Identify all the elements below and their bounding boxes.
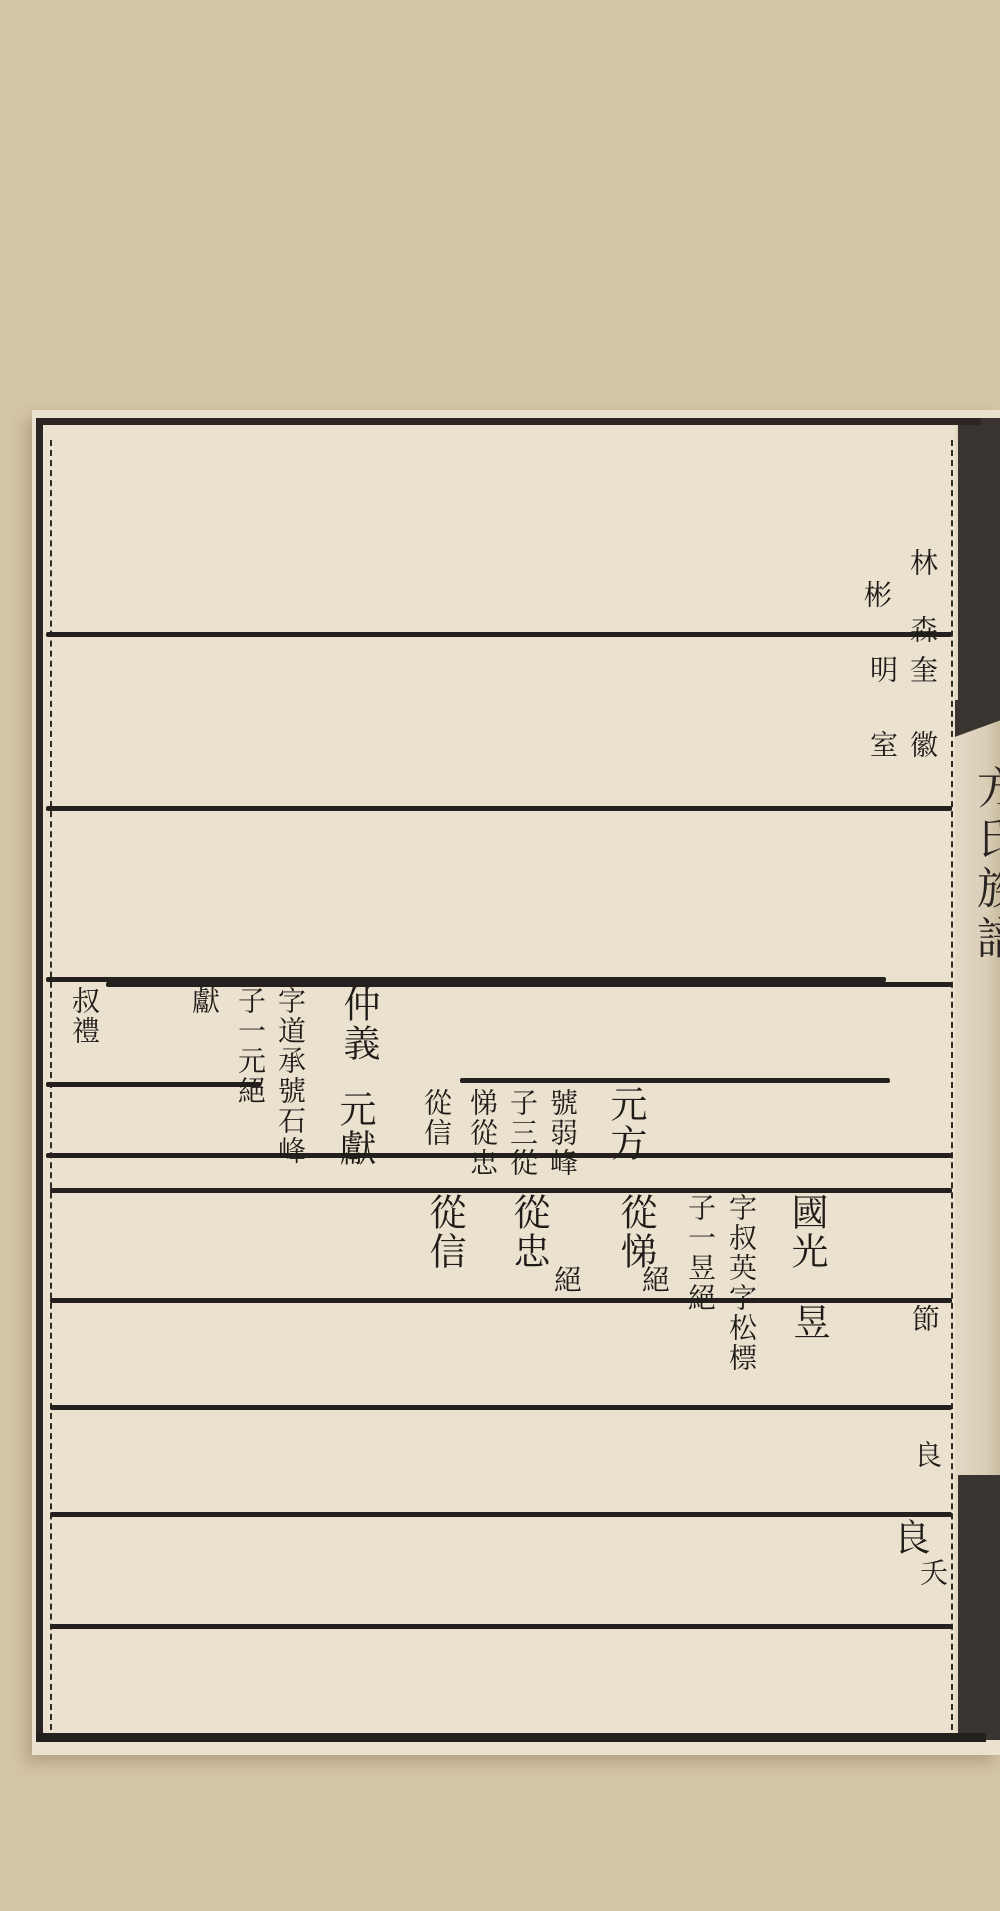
- bottom-border: [36, 1733, 986, 1742]
- generation-rule: [46, 1153, 952, 1158]
- entry-guoguang-note-1: 字叔英字松標: [727, 1193, 755, 1373]
- entry-yuanfang-note-3: 悌從忠: [468, 1088, 496, 1178]
- entry-congti-note: 絕: [640, 1265, 668, 1295]
- generation-rule: [46, 632, 952, 637]
- entry-congzhong: 從忠: [510, 1193, 547, 1271]
- entry-yu: 昱: [790, 1303, 827, 1342]
- entry-yao: 夭: [918, 1558, 946, 1588]
- entry-shi: 室: [868, 730, 896, 760]
- entry-lin: 林: [908, 548, 936, 578]
- generation-rule: [46, 806, 952, 811]
- entry-yuanfang-note-2: 子三從: [508, 1088, 536, 1178]
- entry-congzhong-note: 絕: [552, 1265, 580, 1295]
- generation-rule: [50, 1624, 952, 1629]
- entry-zhongyi: 仲義: [340, 985, 377, 1063]
- entry-guoguang-note-2: 子一昱絕: [686, 1193, 714, 1313]
- entry-yuanfang-note-1: 號弱峰: [548, 1088, 576, 1178]
- entry-yuanfang-note-4: 從信: [422, 1088, 450, 1148]
- entry-congti: 從悌: [617, 1193, 654, 1271]
- generation-rule: [106, 982, 952, 987]
- entry-yuanfang: 元方: [607, 1085, 644, 1163]
- entry-kui: 奎: [908, 655, 936, 685]
- entry-ming: 明: [868, 655, 896, 685]
- generation-rule: [460, 1078, 890, 1083]
- entry-shuli: 叔禮: [70, 986, 98, 1046]
- entry-sen: 森: [908, 615, 936, 645]
- entry-zhongyi-note: 字道承號石峰: [276, 986, 304, 1166]
- entry-liang-1: 良: [912, 1440, 940, 1470]
- entry-jie: 節: [910, 1304, 938, 1334]
- entry-hui: 徽: [908, 730, 936, 760]
- generation-rule: [50, 1405, 952, 1410]
- entry-bin: 彬: [862, 580, 890, 610]
- entry-yuanxian: 元獻: [336, 1090, 373, 1168]
- entry-guoguang: 國光: [788, 1193, 825, 1271]
- generation-rule: [46, 1082, 261, 1087]
- entry-zhongyi-son-note: 子一元絕: [236, 986, 264, 1106]
- entry-xian-top: 獻: [190, 986, 218, 1016]
- entry-congxin: 從信: [426, 1193, 463, 1271]
- entry-liang-2: 良: [890, 1518, 927, 1557]
- generation-rule: [46, 977, 886, 982]
- generation-rule: [50, 1512, 952, 1517]
